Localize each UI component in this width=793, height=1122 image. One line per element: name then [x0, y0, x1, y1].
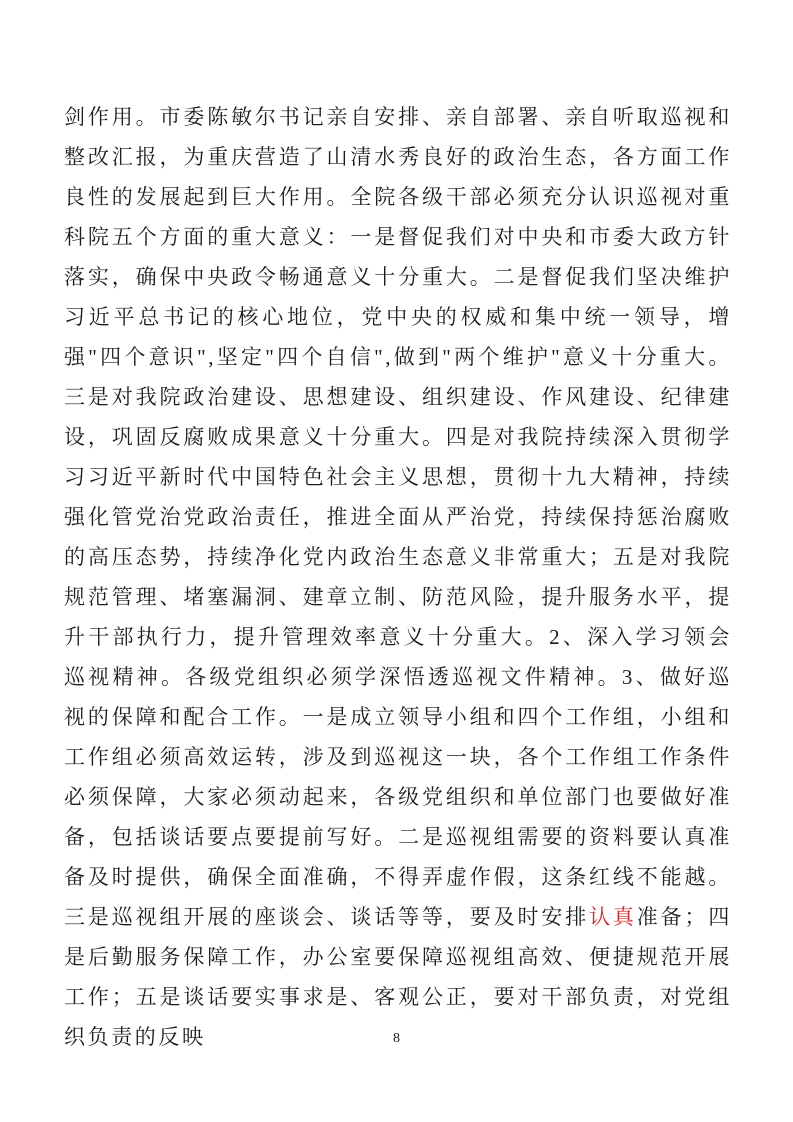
- highlighted-text: 认真: [589, 905, 637, 929]
- document-page: 剑作用。市委陈敏尔书记亲自安排、亲自部署、亲自听取巡视和整改汇报，为重庆营造了山…: [0, 0, 793, 1122]
- page-number: 8: [0, 1031, 793, 1047]
- body-paragraph: 剑作用。市委陈敏尔书记亲自安排、亲自部署、亲自听取巡视和整改汇报，为重庆营造了山…: [64, 97, 732, 1057]
- paragraph-text-before-highlight: 剑作用。市委陈敏尔书记亲自安排、亲自部署、亲自听取巡视和整改汇报，为重庆营造了山…: [64, 105, 732, 929]
